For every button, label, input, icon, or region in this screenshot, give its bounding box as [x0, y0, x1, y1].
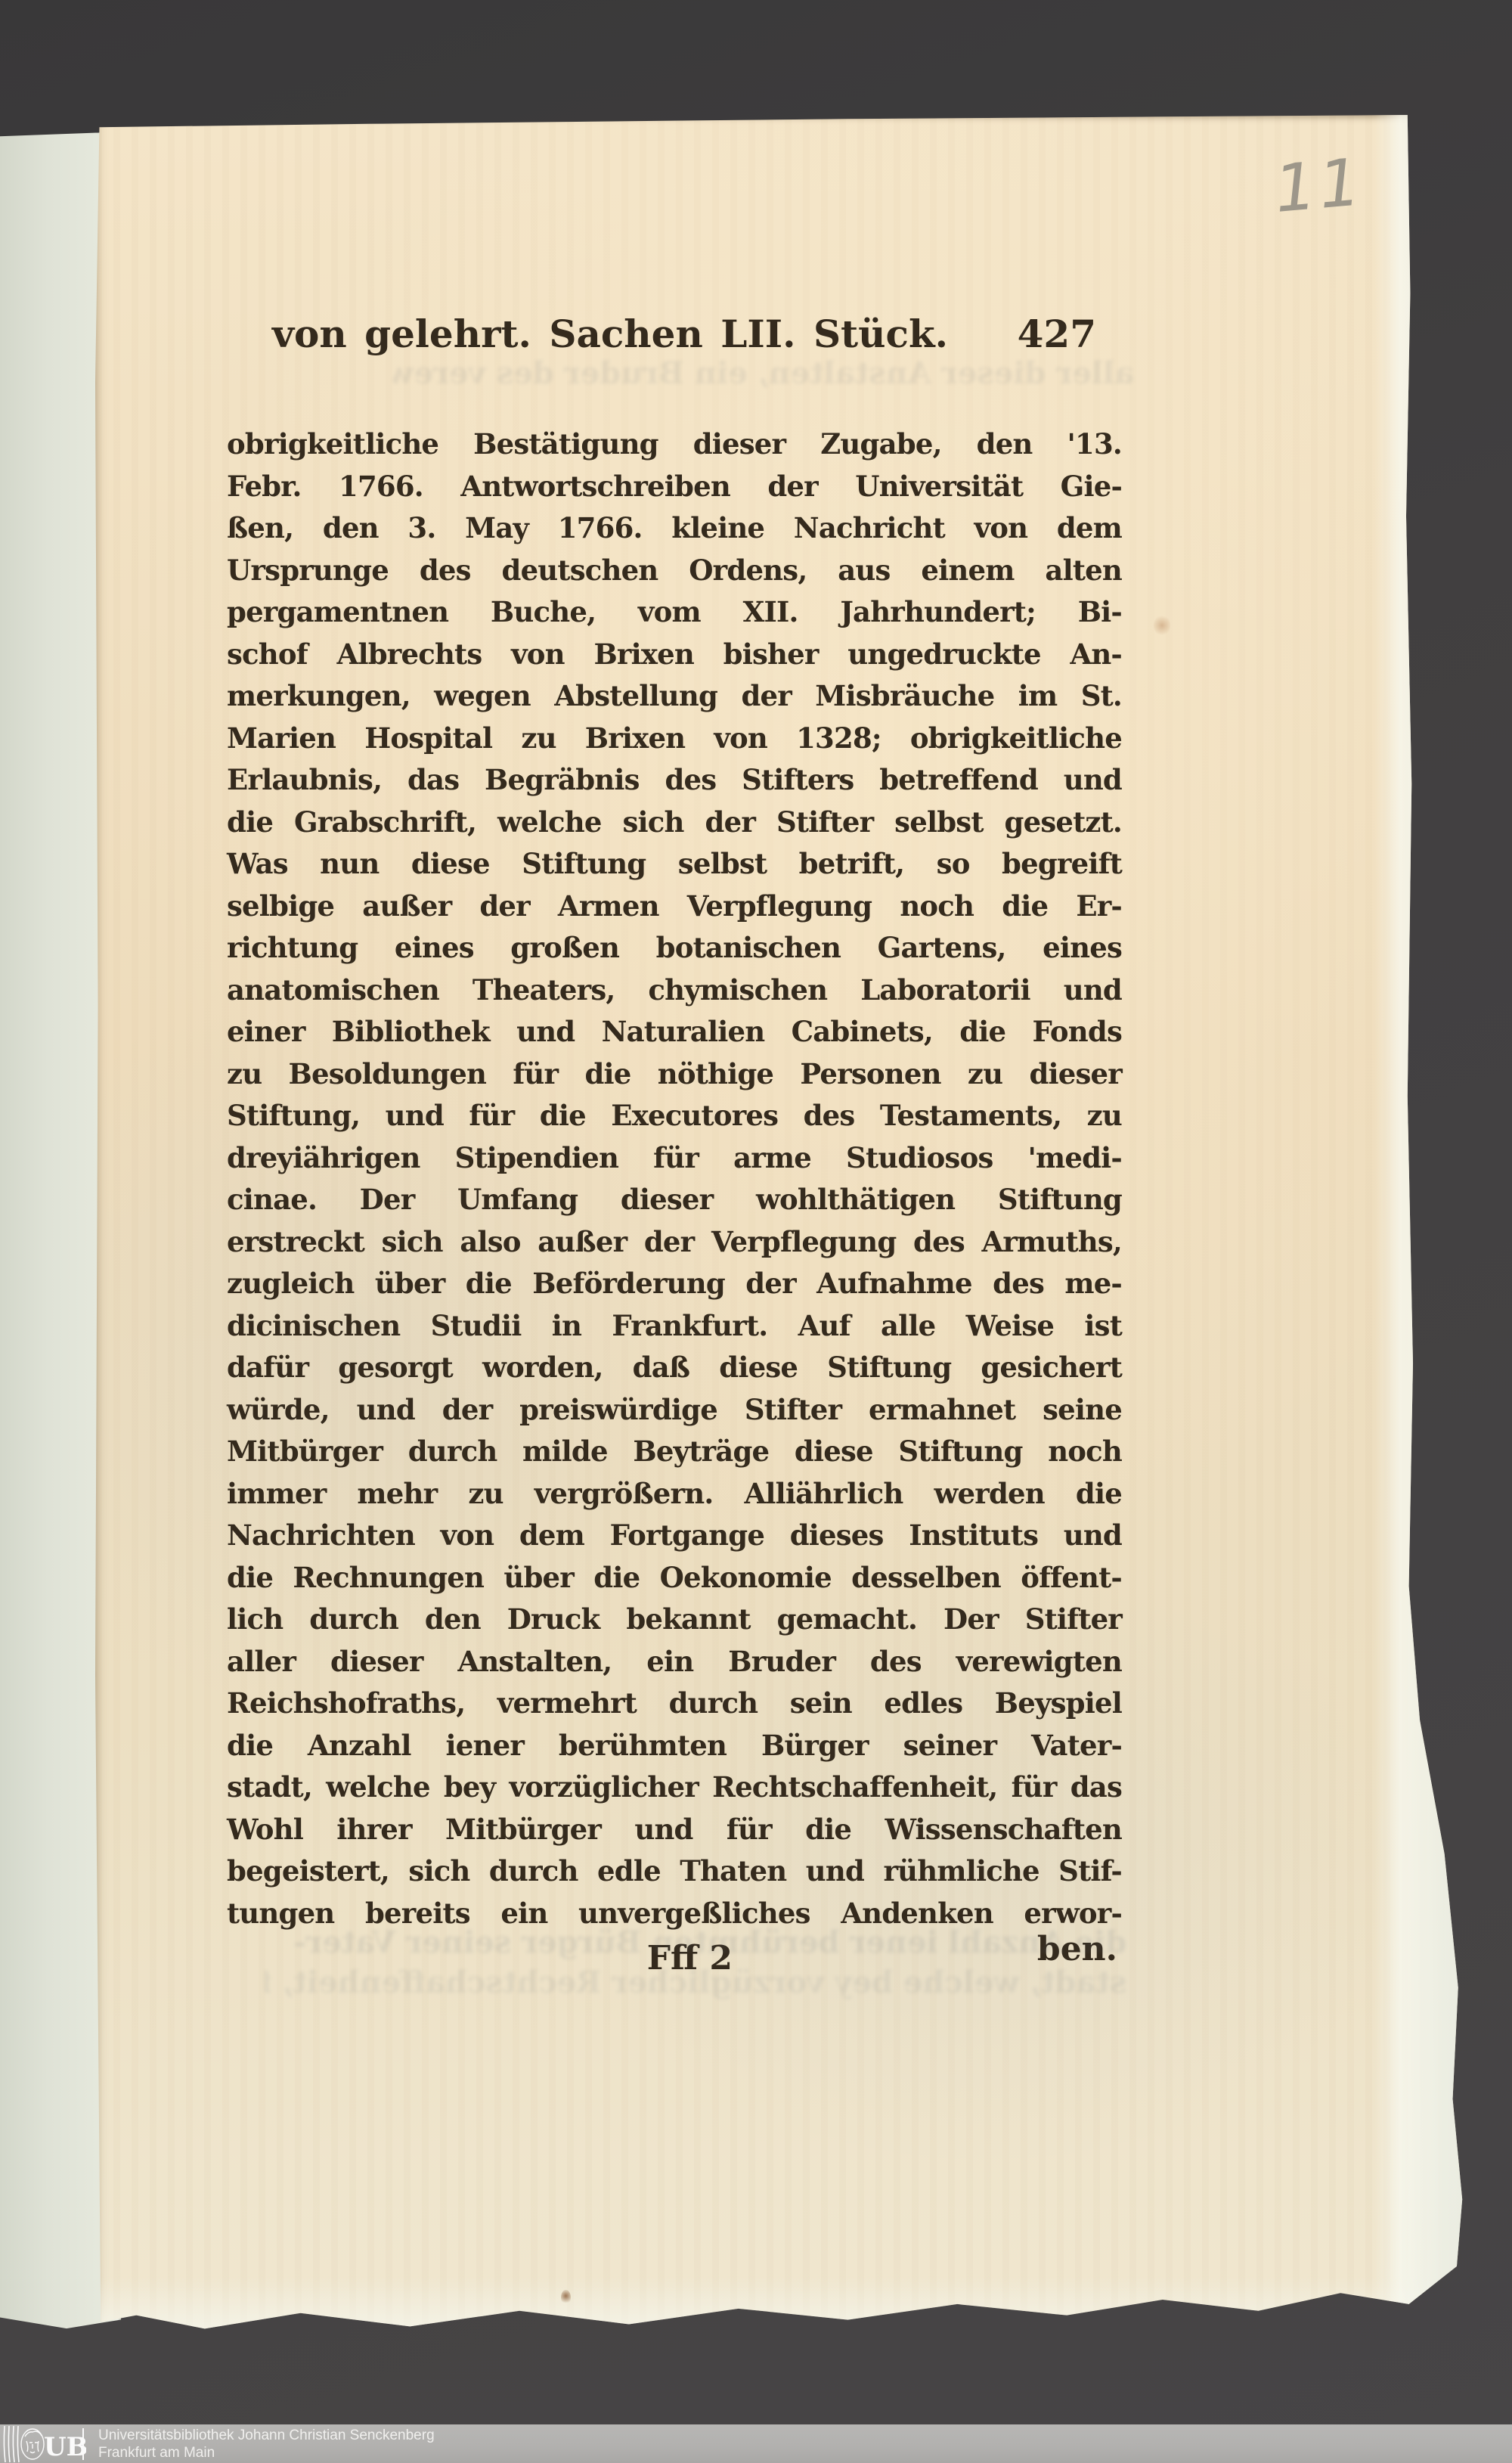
text-line: Was nun diese Stiftung selbst betrift, s…	[227, 843, 1122, 886]
scan-viewport: von gelehrt. Sachen LII. Stück. 427 obri…	[0, 0, 1512, 2463]
text-line: selbige außer der Armen Verpflegung noch…	[227, 886, 1122, 928]
text-line: würde, und der preiswürdige Stifter erma…	[227, 1389, 1122, 1432]
text-line: Marien Hospital zu Brixen von 1328; obri…	[227, 718, 1122, 760]
text-line: dicinischen Studii in Frankfurt. Auf all…	[227, 1305, 1122, 1348]
text-line: Erlaubnis, das Begräbnis des Stifters be…	[227, 759, 1122, 802]
quire-signature: Fff 2	[647, 1939, 733, 1978]
text-line: Stiftung, und für die Executores des Tes…	[227, 1095, 1122, 1137]
book-spine-icon	[4, 2426, 19, 2462]
text-line: die Grabschrift, welche sich der Stifter…	[227, 802, 1122, 844]
text-line: immer mehr zu vergrößern. Alliährlich we…	[227, 1473, 1122, 1515]
text-line: die Anzahl iener berühmten Bürger seiner…	[227, 1725, 1122, 1767]
text-line: Mitbürger durch milde Beyträge diese Sti…	[227, 1431, 1122, 1473]
page-number: 427	[993, 310, 1122, 358]
library-name-line1: Universitätsbibliothek Johann Christian …	[98, 2427, 435, 2444]
text-line: cinae. Der Umfang dieser wohlthätigen St…	[227, 1179, 1122, 1221]
text-line: einer Bibliothek und Naturalien Cabinets…	[227, 1011, 1122, 1053]
senckenberg-portrait-icon	[21, 2429, 44, 2459]
text-line: zu Besoldungen für die nöthige Personen …	[227, 1053, 1122, 1096]
text-line: merkungen, wegen Abstellung der Misbräuc…	[227, 675, 1122, 718]
text-line: dreyiährigen Stipendien für arme Studios…	[227, 1137, 1122, 1180]
library-footer-bar: UB Universitätsbibliothek Johann Christi…	[0, 2424, 1512, 2463]
library-name-line2: Frankfurt am Main	[98, 2444, 435, 2461]
signature-row: Fff 2 ben.	[227, 1939, 1122, 1987]
text-block: obrigkeitliche Bestätigung dieser Zugabe…	[227, 423, 1122, 1934]
text-line: tungen bereits ein unvergeßliches Andenk…	[227, 1893, 1122, 1935]
paper-stain	[1154, 614, 1170, 637]
text-line: Reichshofraths, vermehrt durch sein edle…	[227, 1683, 1122, 1725]
text-line: Wohl ihrer Mitbürger und für die Wissens…	[227, 1809, 1122, 1851]
text-line: schof Albrechts von Brixen bisher ungedr…	[227, 634, 1122, 676]
text-line: dafür gesorgt worden, daß diese Stiftung…	[227, 1347, 1122, 1389]
ub-logo: UB	[2, 2424, 86, 2463]
scanned-page: von gelehrt. Sachen LII. Stück. 427 obri…	[95, 115, 1464, 2344]
running-header-title: von gelehrt. Sachen LII. Stück.	[227, 310, 993, 358]
text-line: Nachrichten von dem Fortgange dieses Ins…	[227, 1515, 1122, 1557]
ub-logo-text: UB	[44, 2432, 86, 2462]
text-line: pergamentnen Buche, vom XII. Jahrhundert…	[227, 591, 1122, 634]
catchword: ben.	[1037, 1930, 1117, 1968]
text-line: Ursprunge des deutschen Ordens, aus eine…	[227, 550, 1122, 592]
printed-text-area: von gelehrt. Sachen LII. Stück. 427 obri…	[227, 310, 1122, 1987]
text-line: anatomischen Theaters, chymischen Labora…	[227, 969, 1122, 1012]
text-line: begeistert, sich durch edle Thaten und r…	[227, 1850, 1122, 1893]
running-header: von gelehrt. Sachen LII. Stück. 427	[227, 310, 1122, 358]
text-line: stadt, welche bey vorzüglicher Rechtscha…	[227, 1767, 1122, 1809]
text-line: zugleich über die Beförderung der Aufnah…	[227, 1263, 1122, 1305]
text-line: lich durch den Druck bekannt gemacht. De…	[227, 1599, 1122, 1641]
text-line: Febr. 1766. Antwortschreiben der Univers…	[227, 466, 1122, 508]
text-line: obrigkeitliche Bestätigung dieser Zugabe…	[227, 423, 1122, 466]
library-name: Universitätsbibliothek Johann Christian …	[98, 2427, 435, 2461]
text-line: erstreckt sich also außer der Verpflegun…	[227, 1221, 1122, 1264]
text-line: aller dieser Anstalten, ein Bruder des v…	[227, 1641, 1122, 1683]
text-line: richtung eines großen botanischen Garten…	[227, 927, 1122, 969]
handwritten-foliation-number: 11	[1272, 144, 1367, 228]
text-line: ßen, den 3. May 1766. kleine Nachricht v…	[227, 507, 1122, 550]
text-line: die Rechnungen über die Oekonomie dessel…	[227, 1557, 1122, 1599]
